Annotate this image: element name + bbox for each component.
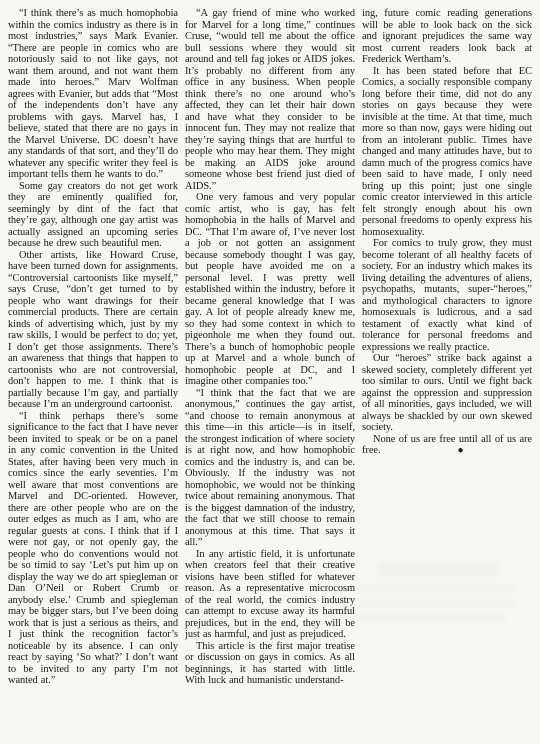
paragraph: One very famous and very popular comic a…	[185, 192, 355, 388]
paragraph: “I think perhaps there’s some significan…	[8, 411, 178, 687]
paragraph: “I think there’s as much homophobia with…	[8, 8, 178, 181]
paragraph-continuation: ing, future comic reading generations wi…	[362, 8, 532, 66]
paragraph: This article is the first major treatise…	[185, 641, 355, 687]
paragraph: Our “heroes” strike back against a skewe…	[362, 353, 532, 434]
paragraph: “I think that the fact that we are anony…	[185, 388, 355, 549]
article-column-2: “A gay friend of mine who worked for Mar…	[185, 8, 355, 744]
paragraph: In any artistic field, it is unfortunate…	[185, 549, 355, 641]
paragraph: For comics to truly grow, they must beco…	[362, 238, 532, 353]
article-column-1: “I think there’s as much homophobia with…	[8, 8, 178, 744]
article-column-3: ing, future comic reading generations wi…	[362, 8, 532, 744]
paragraph: “A gay friend of mine who worked for Mar…	[185, 8, 355, 192]
scanned-article-page: “I think there’s as much homophobia with…	[0, 0, 540, 744]
paragraph: Some gay creators do not get work they a…	[8, 181, 178, 250]
paragraph: It has been stated before that EC Comics…	[362, 66, 532, 239]
paragraph: Other artists, like Howard Cruse, have b…	[8, 250, 178, 411]
closing-paragraph: None of us are free until all of us are …	[362, 434, 532, 457]
article-end-mark-icon: ●	[447, 446, 464, 456]
